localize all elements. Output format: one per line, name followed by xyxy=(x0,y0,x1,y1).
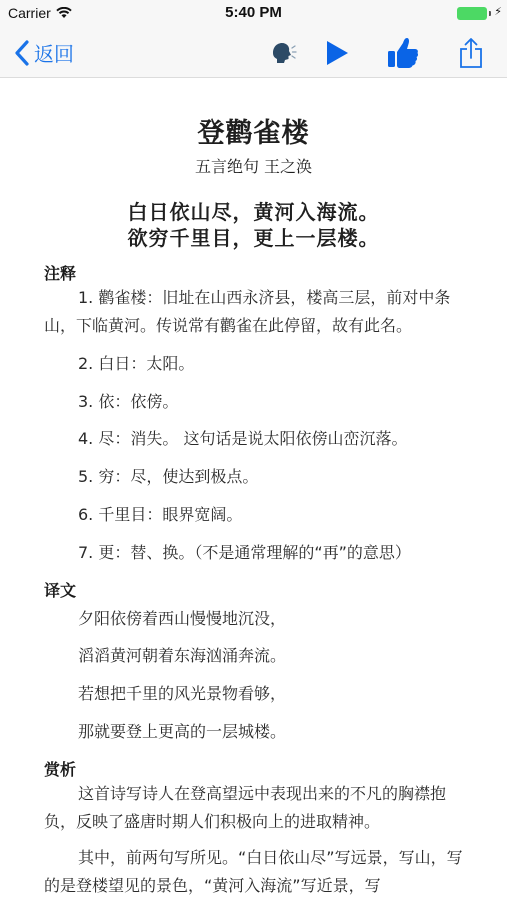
poem-subtitle: 五言绝句 王之涣 xyxy=(0,154,507,177)
note-item: 3. 依：依傍。 xyxy=(78,389,178,412)
appreciation-paragraph: 其中，前两句写所见。“白日依山尽”写远景，写山，写的是登楼望见的景色，“黄河入海… xyxy=(44,844,474,900)
share-button[interactable] xyxy=(458,36,484,70)
note-item: 4. 尽：消失。 这句话是说太阳依傍山峦沉落。 xyxy=(78,426,407,449)
battery-tip xyxy=(489,11,491,16)
speaking-head-icon xyxy=(269,41,297,65)
translation-line: 那就要登上更高的一层城楼。 xyxy=(78,719,286,742)
speak-button[interactable] xyxy=(268,36,298,70)
like-button[interactable] xyxy=(386,36,420,70)
note-item: 1. 鹳雀楼：旧址在山西永济县，楼高三层，前对中条山，下临黄河。传说常有鹳雀在此… xyxy=(44,284,474,340)
translation-line: 滔滔黄河朝着东海汹涌奔流。 xyxy=(78,643,286,666)
status-bar: Carrier 5:40 PM ⚡ xyxy=(0,0,507,28)
translation-line: 若想把千里的风光景物看够， xyxy=(78,681,286,704)
translation-line: 夕阳依傍着西山慢慢地沉没， xyxy=(78,606,286,629)
share-icon xyxy=(459,37,483,69)
charging-bolt-icon: ⚡ xyxy=(494,5,502,18)
appreciation-paragraph: 这首诗写诗人在登高望远中表现出来的不凡的胸襟抱负，反映了盛唐时期人们积极向上的进… xyxy=(44,780,474,836)
poem-line: 欲穷千里目，更上一层楼。 xyxy=(0,222,507,251)
notes-heading: 注释 xyxy=(44,261,76,284)
navigation-bar: 返回 xyxy=(0,28,507,78)
translation-heading: 译文 xyxy=(44,578,76,601)
note-item: 6. 千里目：眼界宽阔。 xyxy=(78,502,242,525)
chevron-left-icon xyxy=(14,40,30,66)
battery-icon xyxy=(457,7,487,20)
status-time: 5:40 PM xyxy=(0,4,507,21)
play-button[interactable] xyxy=(323,36,351,70)
play-icon xyxy=(325,40,349,66)
appreciation-heading: 赏析 xyxy=(44,757,76,780)
poem-line: 白日依山尽，黄河入海流。 xyxy=(0,196,507,225)
poem-title: 登鹳雀楼 xyxy=(0,111,507,150)
back-button[interactable]: 返回 xyxy=(14,38,74,67)
note-item: 7. 更：替、换。（不是通常理解的“再”的意思） xyxy=(78,540,411,563)
thumbs-up-icon xyxy=(387,37,419,69)
back-label: 返回 xyxy=(34,38,74,67)
note-item: 2. 白日：太阳。 xyxy=(78,351,194,374)
note-item: 5. 穷：尽，使达到极点。 xyxy=(78,464,258,487)
